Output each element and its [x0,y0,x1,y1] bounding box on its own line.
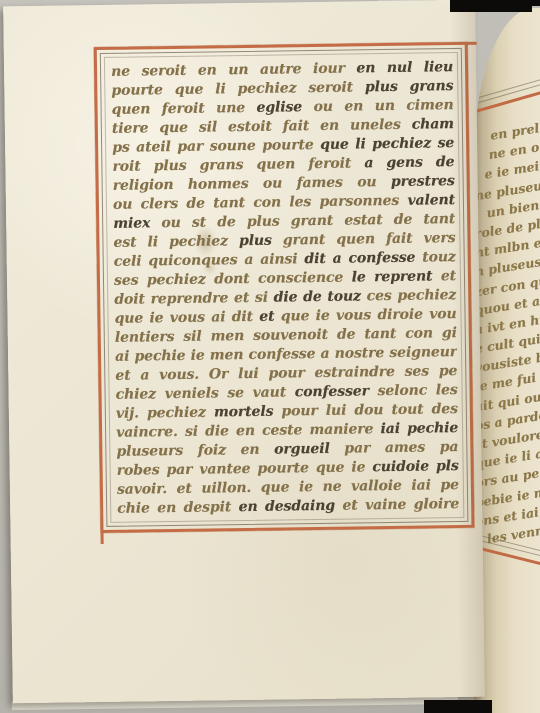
ink-segment: ps ateil par soune pourte [112,137,320,156]
ink-segment: est li pechiez [113,233,239,251]
ink-segment: que ie vous ai dit [114,309,259,327]
facing-page: en prelne en oe ie meine pluseuun bienro… [474,8,540,713]
rule-overhang [100,530,103,544]
ink-segment: ces pechiez [361,287,457,304]
ink-segment: eglise [256,99,302,116]
photo-mask-bottom-right [424,700,492,713]
ink-segment: grant quen fait vers [272,230,456,249]
ink-segment: par ames pa [330,439,459,457]
ink-segment: plus grans [365,78,454,95]
ink-segment: valent [407,192,455,209]
ink-segment: chiez veniels se vaut [115,384,294,402]
facing-ruled-line [474,73,540,110]
ink-segment: doit reprendre et si [114,290,274,308]
ink-segment: vij. pechiez [116,404,214,421]
ink-segment: pluseurs foiz en [116,442,274,460]
ink-segment: orgueil [274,441,330,458]
ink-segment: en nul lieu [356,59,453,76]
ink-segment: que li pechiez se [320,135,454,153]
photo-mask-top-right [500,0,540,6]
ink-segment: robes par vantee pourte que ie [117,459,373,479]
ink-segment: en desdaing [239,498,336,515]
manuscript-page: ne seroit en un autre iour en nul lieupo… [3,0,485,703]
ink-segment: chie en despit [117,499,239,517]
ink-segment: ou en un cimen [302,97,454,115]
ink-segment: miex [113,215,150,232]
ink-segment: et a vous. Or lui pour estraindre ses pe [115,363,457,384]
ink-segment: cham [412,116,454,133]
text-block: ne seroit en un autre iour en nul lieupo… [111,58,459,520]
ink-segment: cuidoie pls [372,458,459,475]
ink-segment: iai pechie [380,420,458,437]
ink-segment: le reprent [351,268,432,285]
ink-segment: plus [239,233,272,249]
ruled-text-frame: ne seroit en un autre iour en nul lieupo… [94,42,475,533]
ink-segment: prestres [391,173,455,190]
ink-segment: mortels [214,404,274,421]
ink-segment: celi quiconques a ainsi [114,251,305,270]
text-line: chie en despit en desdaing et vaine gloi… [117,495,459,519]
ink-segment: pourte que li pechiez seroit [111,79,365,99]
ink-segment: selonc les [369,382,458,399]
ink-segment: que ie vous diroie vou [274,306,456,325]
ink-segment: lentiers sil men souvenoit de tant con g… [115,325,457,346]
ink-segment: die de touz [274,288,361,305]
ink-segment: quen feroit une [112,100,257,118]
facing-ruled-line-red [477,546,540,568]
ink-segment: ses pechiez dont conscience [114,269,352,288]
manuscript-photo: en prelne en oe ie meine pluseuun bienro… [0,0,540,713]
ink-segment: touz [415,249,456,266]
ink-segment: ne seroit en un autre iour [111,60,356,79]
rule-overhang [465,42,477,45]
ink-segment: religion honmes ou fames ou [113,174,391,194]
facing-text-fragments: en prelne en oe ie meine pluseuun bienro… [474,118,540,540]
ink-segment: confesser [295,383,369,400]
ink-segment: a gens de [364,154,454,171]
ink-segment: et [432,268,456,284]
ink-segment: ai pechie ie men confesse a nostre seign… [115,344,457,365]
ink-segment: ou clers de tant con les parsonnes [113,193,408,213]
ink-segment: dit a confesse [304,250,415,268]
ink-segment: ou st de plus grant estat de tant [150,211,455,231]
ink-segment: tiere que sil estoit fait en uneles [112,117,412,137]
ink-segment: savoir. et uillon. que ie ne valloie iai… [117,477,459,498]
ink-segment: et [259,309,274,325]
ink-segment: vaincre. si die en ceste maniere [116,421,381,441]
ink-segment: roit plus grans quen feroit [112,155,364,175]
ink-segment: pour lui dou tout des [273,401,458,420]
ink-segment: et vaine gloire [335,496,459,514]
